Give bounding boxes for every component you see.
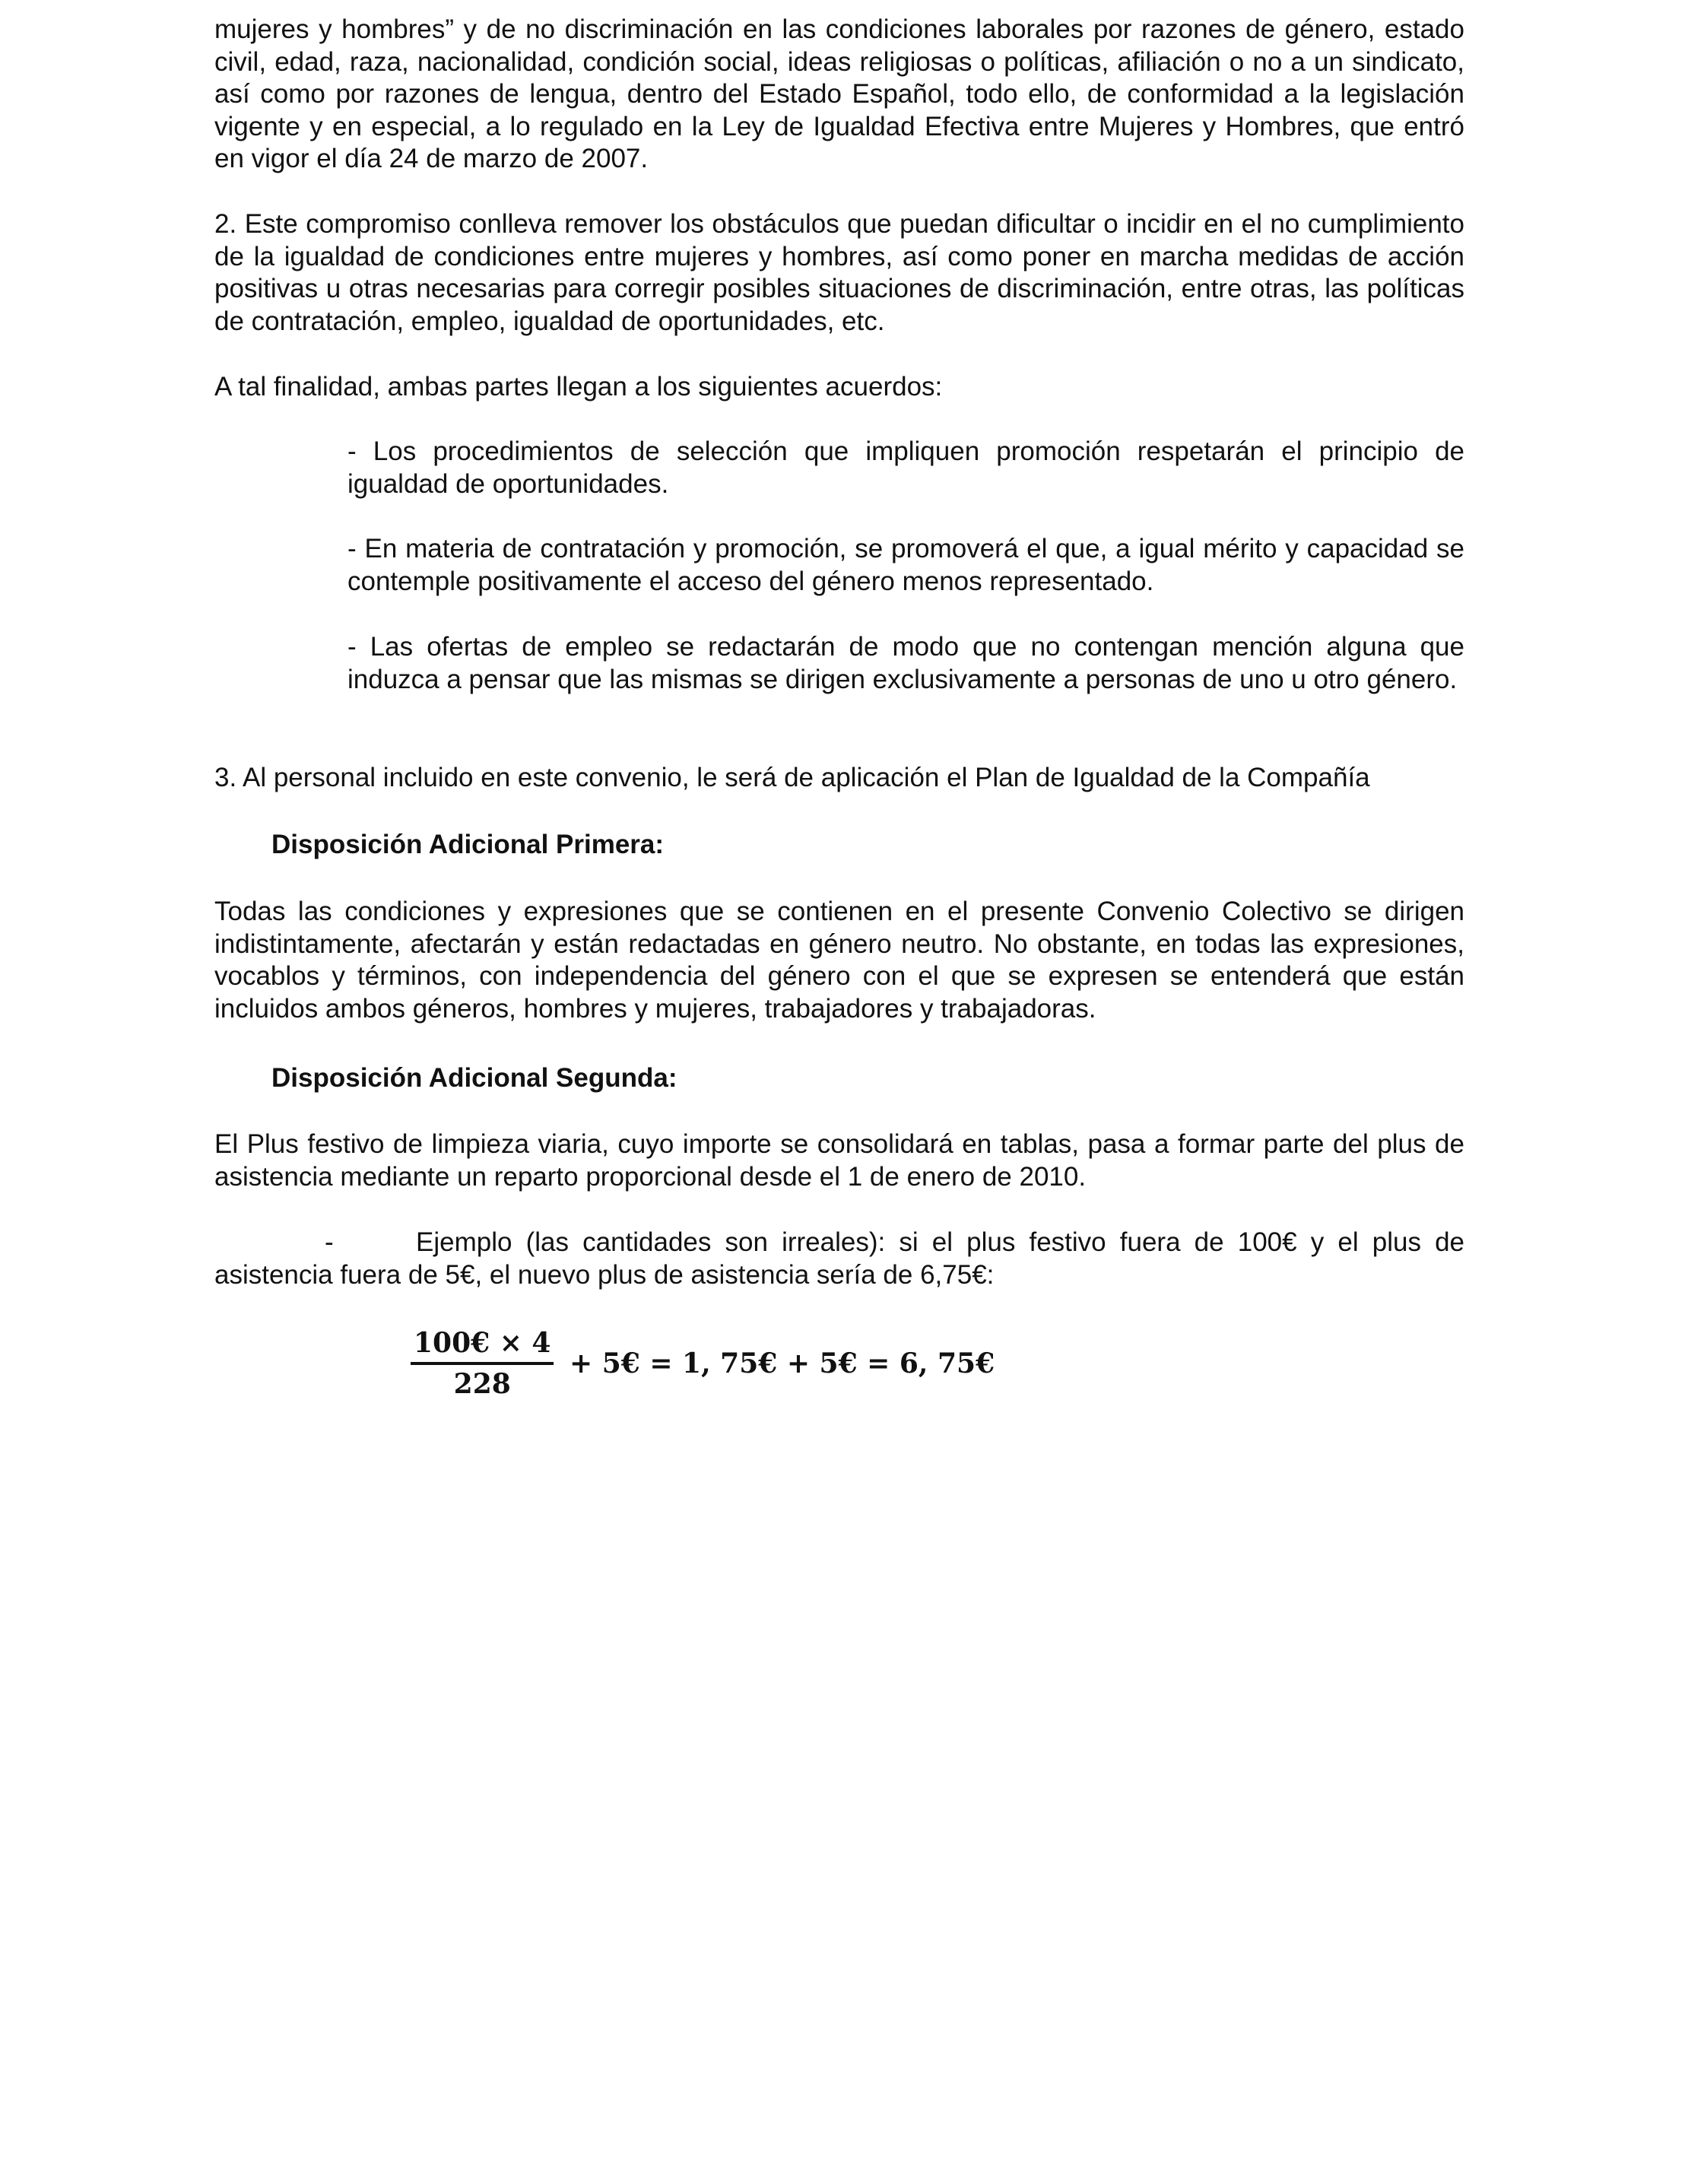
paragraph-plus-festivo: El Plus festivo de limpieza viaria, cuyo… xyxy=(214,1129,1464,1193)
paragraph-ejemplo: -Ejemplo (las cantidades son irreales): … xyxy=(214,1227,1464,1291)
fraction-numerator: 100€ × 4 xyxy=(411,1327,554,1365)
paragraph-3-plan-igualdad: 3. Al personal incluido en este convenio… xyxy=(214,762,1464,795)
paragraph-2-compromiso: 2. Este compromiso conlleva remover los … xyxy=(214,208,1464,338)
paragraph-equality-commitment: mujeres y hombres” y de no discriminació… xyxy=(214,14,1464,176)
paragraph-genero-neutro: Todas las condiciones y expresiones que … xyxy=(214,896,1464,1025)
example-dash: - xyxy=(325,1227,416,1259)
bullet-item: - En materia de contratación y promoción… xyxy=(347,533,1464,598)
fraction-denominator: 228 xyxy=(454,1365,511,1400)
formula-result: + 5€ = 1, 75€ + 5€ = 6, 75€ xyxy=(560,1348,995,1379)
fraction: 100€ × 4 228 xyxy=(411,1327,554,1400)
bullet-item: - Los procedimientos de selección que im… xyxy=(347,436,1464,500)
formula: 100€ × 4 228 + 5€ = 1, 75€ + 5€ = 6, 75€ xyxy=(411,1327,995,1400)
paragraph-acuerdos-intro: A tal finalidad, ambas partes llegan a l… xyxy=(214,371,1464,404)
bullet-item: - Las ofertas de empleo se redactarán de… xyxy=(347,631,1464,696)
heading-disposicion-primera: Disposición Adicional Primera: xyxy=(271,829,1521,862)
heading-disposicion-segunda: Disposición Adicional Segunda: xyxy=(271,1062,1521,1095)
